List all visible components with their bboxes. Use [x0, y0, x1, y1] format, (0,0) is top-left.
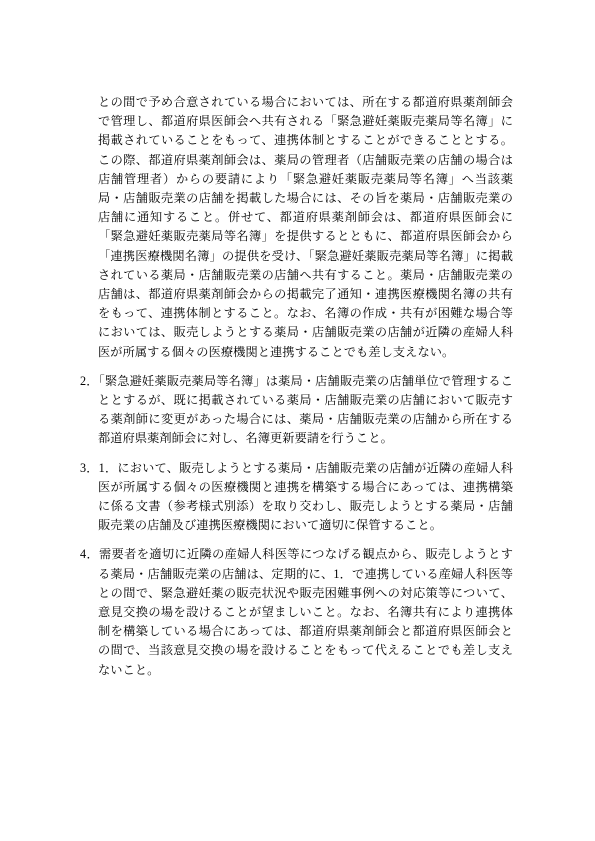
item-4-number: 4．	[80, 547, 99, 561]
item-2-text: 「緊急避妊薬販売薬局等名簿」は薬局・店舗販売業の店舗単位で管理することとするが、…	[98, 374, 513, 446]
item-3-text: 1．において、販売しようとする薬局・店舗販売業の店舗が近隣の産婦人科医が所属する…	[98, 461, 513, 533]
numbered-item-4: 4．需要者を適切に近隣の産婦人科医等につなげる観点から、販売しようとする薬局・店…	[80, 545, 513, 679]
paragraph-continuation: との間で予め合意されている場合においては、所在する都道府県薬剤師会で管理し、都道…	[98, 93, 513, 362]
document-body: との間で予め合意されている場合においては、所在する都道府県薬剤師会で管理し、都道…	[80, 93, 513, 690]
document-page: との間で予め合意されている場合においては、所在する都道府県薬剤師会で管理し、都道…	[0, 0, 595, 841]
numbered-item-2: 2．「緊急避妊薬販売薬局等名簿」は薬局・店舗販売業の店舗単位で管理することとする…	[80, 372, 513, 449]
item-2-number: 2．	[80, 374, 99, 388]
item-4-text: 需要者を適切に近隣の産婦人科医等につなげる観点から、販売しようとする薬局・店舗販…	[98, 547, 513, 676]
numbered-item-3: 3．1．において、販売しようとする薬局・店舗販売業の店舗が近隣の産婦人科医が所属…	[80, 459, 513, 536]
item-3-number: 3．	[80, 461, 99, 475]
